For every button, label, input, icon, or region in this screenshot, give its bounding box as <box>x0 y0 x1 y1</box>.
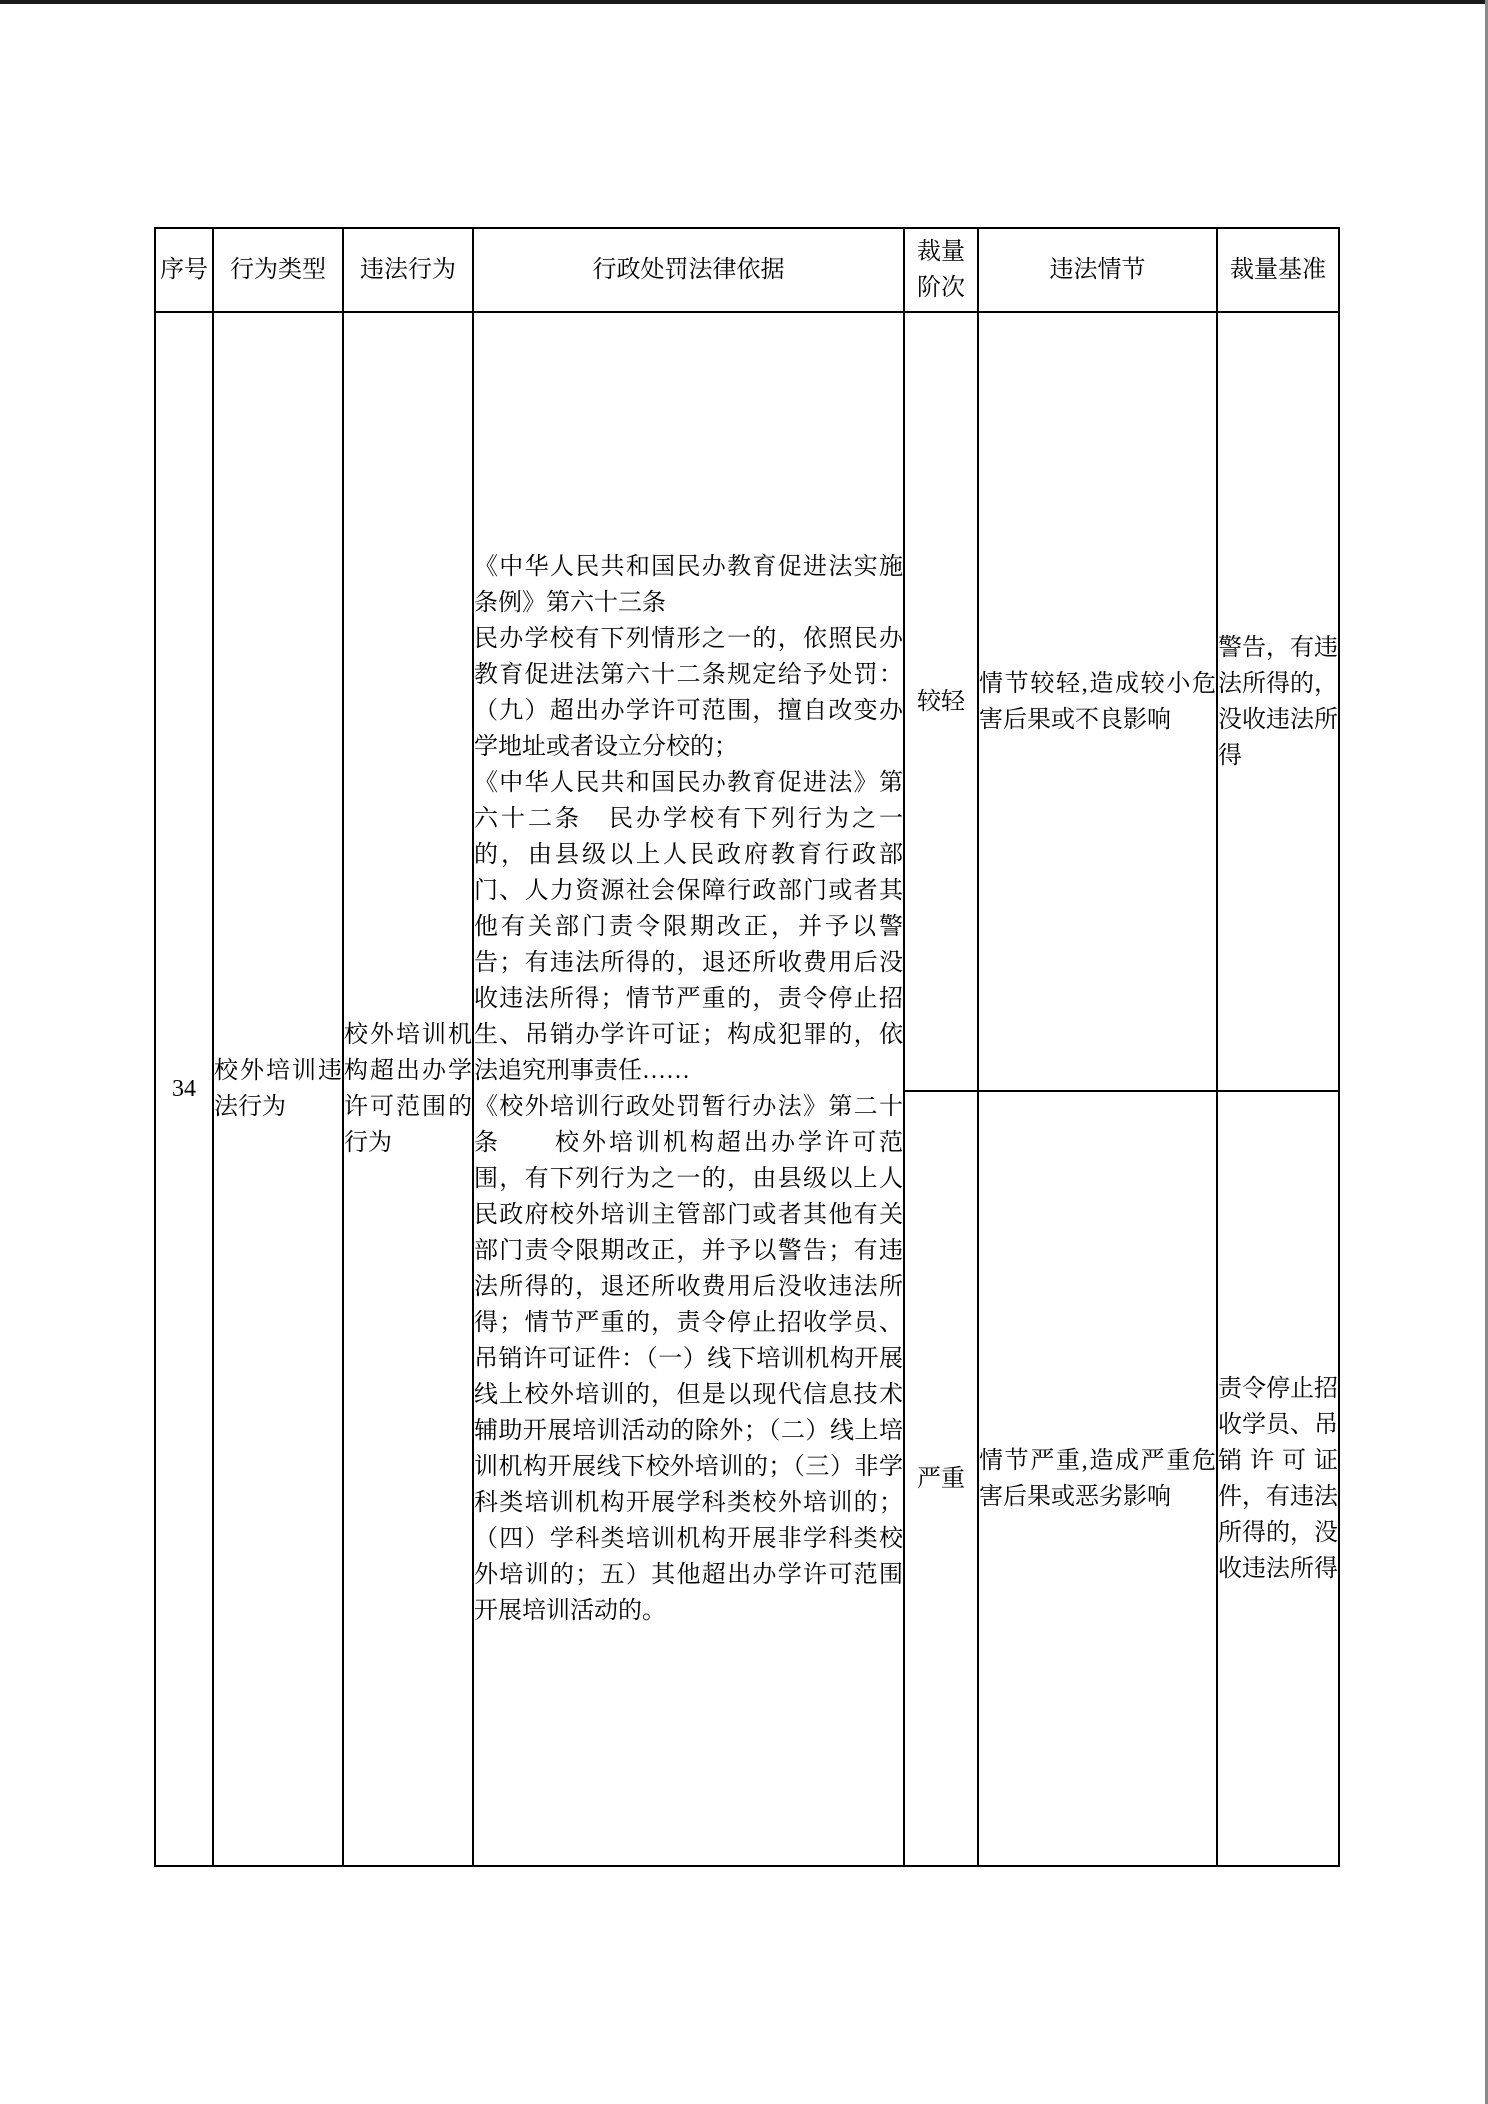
circumstances-minor-cell: 情节较轻,造成较小危害后果或不良影响 <box>978 312 1217 1091</box>
behavior-type-cell: 校外培训违法行为 <box>213 312 343 1866</box>
penalty-discretion-table: 序号 行为类型 违法行为 行政处罚法律依据 裁量阶次 违法情节 裁量基准 34 … <box>154 227 1340 1867</box>
discretion-level-minor-cell: 较轻 <box>904 312 978 1091</box>
legal-basis-paragraph-2: 民办学校有下列情形之一的，依照民办教育促进法第六十二条规定给予处罚：（九）超出办… <box>474 621 903 765</box>
benchmark-severe-cell: 责令停止招收学员、吊销许可证件，有违法所得的，没收违法所得 <box>1217 1091 1339 1866</box>
circumstances-severe-cell: 情节严重,造成严重危害后果或恶劣影响 <box>978 1091 1217 1866</box>
serial-number-cell: 34 <box>155 312 213 1866</box>
legal-basis-paragraph-1: 《中华人民共和国民办教育促进法实施条例》第六十三条 <box>474 549 903 621</box>
column-header-discretion-level: 裁量阶次 <box>904 228 978 312</box>
column-header-legal-basis: 行政处罚法律依据 <box>473 228 904 312</box>
benchmark-minor-cell: 警告，有违法所得的，没收违法所得 <box>1217 312 1339 1091</box>
column-header-benchmark: 裁量基准 <box>1217 228 1339 312</box>
legal-basis-paragraph-4: 《校外培训行政处罚暂行办法》第二十条 校外培训机构超出办学许可范围，有下列行为之… <box>474 1089 903 1629</box>
discretion-level-severe-cell: 严重 <box>904 1091 978 1866</box>
legal-basis-paragraph-3: 《中华人民共和国民办教育促进法》第六十二条 民办学校有下列行为之一的，由县级以上… <box>474 765 903 1089</box>
table-header-row: 序号 行为类型 违法行为 行政处罚法律依据 裁量阶次 违法情节 裁量基准 <box>155 228 1339 312</box>
column-header-circumstances: 违法情节 <box>978 228 1217 312</box>
document-page: 序号 行为类型 违法行为 行政处罚法律依据 裁量阶次 违法情节 裁量基准 34 … <box>0 0 1488 2104</box>
column-header-illegal-behavior: 违法行为 <box>343 228 473 312</box>
illegal-behavior-cell: 校外培训机构超出办学许可范围的行为 <box>343 312 473 1866</box>
page-top-edge-line <box>0 0 1488 4</box>
table-row-minor: 34 校外培训违法行为 校外培训机构超出办学许可范围的行为 《中华人民共和国民办… <box>155 312 1339 1091</box>
column-header-serial-number: 序号 <box>155 228 213 312</box>
legal-basis-cell: 《中华人民共和国民办教育促进法实施条例》第六十三条 民办学校有下列情形之一的，依… <box>473 312 904 1866</box>
column-header-behavior-type: 行为类型 <box>213 228 343 312</box>
